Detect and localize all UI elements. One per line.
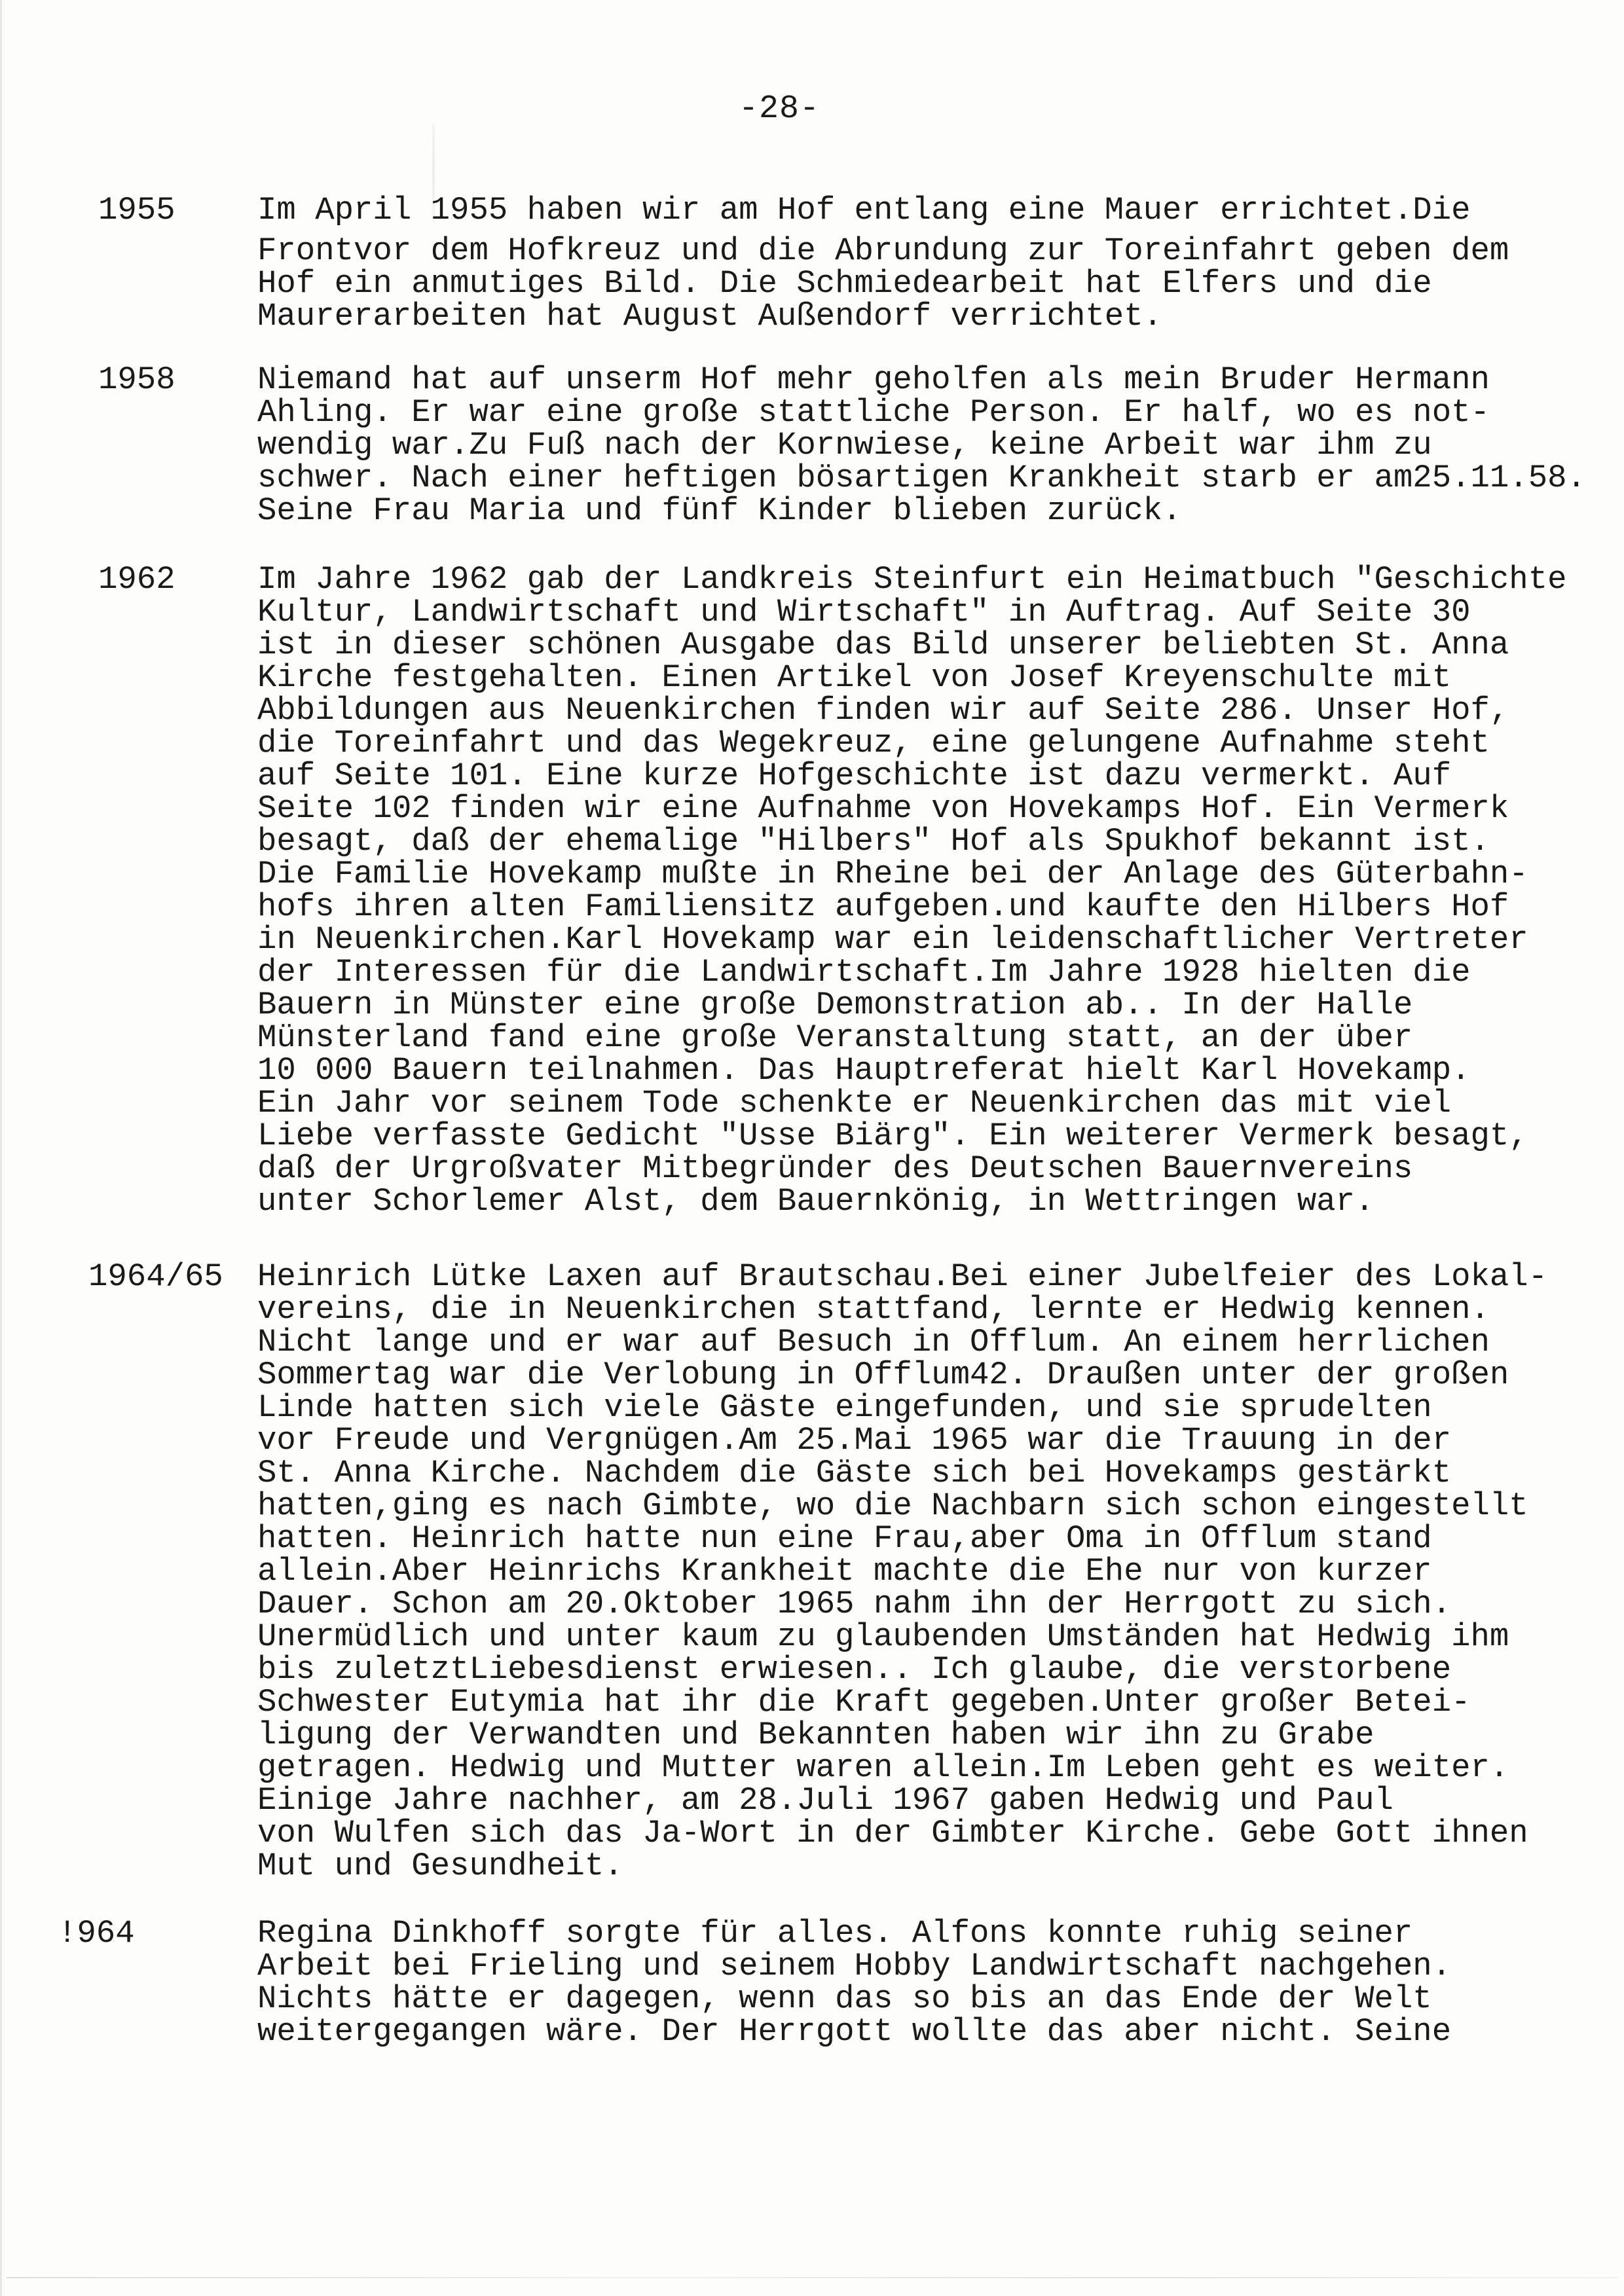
text-line: Kultur, Landwirtschaft und Wirtschaft" i… [257, 596, 1567, 629]
text-line: Ahling. Er war eine große stattliche Per… [257, 396, 1586, 429]
text-line: Heinrich Lütke Laxen auf Brautschau.Bei … [257, 1260, 1547, 1293]
text-line: Schwester Eutymia hat ihr die Kraft gege… [257, 1686, 1547, 1719]
text-line: weitergegangen wäre. Der Herrgott wollte… [257, 2015, 1451, 2048]
text-line: in Neuenkirchen.Karl Hovekamp war ein le… [257, 923, 1567, 956]
entry-year: 1958 [98, 363, 175, 396]
text-line: schwer. Nach einer heftigen bösartigen K… [257, 462, 1586, 494]
entry-text: Im Jahre 1962 gab der Landkreis Steinfur… [257, 563, 1567, 1218]
text-line: Im Jahre 1962 gab der Landkreis Steinfur… [257, 563, 1567, 596]
text-line: 10 000 Bauern teilnahmen. Das Hauptrefer… [257, 1054, 1567, 1087]
text-line: Regina Dinkhoff sorgte für alles. Alfons… [257, 1917, 1451, 1950]
text-line: ist in dieser schönen Ausgabe das Bild u… [257, 629, 1567, 661]
text-line: Dauer. Schon am 20.Oktober 1965 nahm ihn… [257, 1588, 1547, 1620]
entry-year: 1964/65 [88, 1260, 223, 1293]
text-line: hofs ihren alten Familiensitz aufgeben.u… [257, 890, 1567, 923]
text-line: Seine Frau Maria und fünf Kinder blieben… [257, 494, 1586, 527]
text-line: ligung der Verwandten und Bekannten habe… [257, 1719, 1547, 1751]
text-line: unter Schorlemer Alst, dem Bauernkönig, … [257, 1185, 1567, 1218]
text-line: hatten. Heinrich hatte nun eine Frau,abe… [257, 1522, 1547, 1555]
page-number-text: -28- [739, 90, 820, 128]
text-line: Im April 1955 haben wir am Hof entlang e… [257, 194, 1509, 227]
text-line: Hof ein anmutiges Bild. Die Schmiedearbe… [257, 267, 1509, 300]
text-line: von Wulfen sich das Ja-Wort in der Gimbt… [257, 1817, 1547, 1850]
entry-text: Niemand hat auf unserm Hof mehr geholfen… [257, 363, 1586, 527]
text-line: Münsterland fand eine große Veranstaltun… [257, 1021, 1567, 1054]
text-line: getragen. Hedwig und Mutter waren allein… [257, 1751, 1547, 1784]
text-line: hatten,ging es nach Gimbte, wo die Nachb… [257, 1489, 1547, 1522]
text-line: Seite 102 finden wir eine Aufnahme von H… [257, 792, 1567, 825]
text-line: Unermüdlich und unter kaum zu glaubenden… [257, 1620, 1547, 1653]
text-line: vor Freude und Vergnügen.Am 25.Mai 1965 … [257, 1424, 1547, 1457]
entry-year: 1962 [98, 563, 175, 596]
document-page: -28- 1955 Im April 1955 haben wir am Hof… [0, 0, 1624, 2296]
text-line: Einige Jahre nachher, am 28.Juli 1967 ga… [257, 1784, 1547, 1817]
entry-text: Heinrich Lütke Laxen auf Brautschau.Bei … [257, 1260, 1547, 1882]
text-line: Liebe verfasste Gedicht "Usse Biärg". Ei… [257, 1120, 1567, 1152]
text-line: Die Familie Hovekamp mußte in Rheine bei… [257, 858, 1567, 890]
text-line: vereins, die in Neuenkirchen stattfand, … [257, 1293, 1547, 1326]
text-line: Ein Jahr vor seinem Tode schenkte er Neu… [257, 1087, 1567, 1120]
text-line: besagt, daß der ehemalige "Hilbers" Hof … [257, 825, 1567, 858]
entry-year: 1955 [98, 194, 175, 227]
text-line: Arbeit bei Frieling und seinem Hobby Lan… [257, 1950, 1451, 1982]
entry-text: Regina Dinkhoff sorgte für alles. Alfons… [257, 1917, 1451, 2048]
text-line: Nicht lange und er war auf Besuch in Off… [257, 1326, 1547, 1358]
text-line: Linde hatten sich viele Gäste eingefunde… [257, 1391, 1547, 1424]
entry-year: !964 [58, 1917, 135, 1950]
text-line: allein.Aber Heinrichs Krankheit machte d… [257, 1555, 1547, 1588]
text-line: auf Seite 101. Eine kurze Hofgeschichte … [257, 759, 1567, 792]
text-line: Nichts hätte er dagegen, wenn das so bis… [257, 1982, 1451, 2015]
text-line: bis zuletztLiebesdienst erwiesen.. Ich g… [257, 1653, 1547, 1686]
text-line: Niemand hat auf unserm Hof mehr geholfen… [257, 363, 1586, 396]
text-line: Mut und Gesundheit. [257, 1850, 1547, 1882]
entry-text: Im April 1955 haben wir am Hof entlang e… [257, 194, 1509, 333]
text-line: Abbildungen aus Neuenkirchen finden wir … [257, 694, 1567, 727]
text-line: wendig war.Zu Fuß nach der Kornwiese, ke… [257, 429, 1586, 462]
text-line: daß der Urgroßvater Mitbegründer des Deu… [257, 1152, 1567, 1185]
text-line: die Toreinfahrt und das Wegekreuz, eine … [257, 727, 1567, 759]
text-line: Bauern in Münster eine große Demonstrati… [257, 989, 1567, 1021]
text-line: Maurerarbeiten hat August Außendorf verr… [257, 300, 1509, 333]
text-line: Frontvor dem Hofkreuz und die Abrundung … [257, 234, 1509, 267]
text-line: der Interessen für die Landwirtschaft.Im… [257, 956, 1567, 989]
scan-artifact-line [7, 2277, 1617, 2278]
text-line: Sommertag war die Verlobung in Offlum42.… [257, 1358, 1547, 1391]
text-line: Kirche festgehalten. Einen Artikel von J… [257, 661, 1567, 694]
text-line: St. Anna Kirche. Nachdem die Gäste sich … [257, 1457, 1547, 1489]
scan-edge [0, 0, 2, 2296]
page-number: -28- [0, 90, 1624, 128]
